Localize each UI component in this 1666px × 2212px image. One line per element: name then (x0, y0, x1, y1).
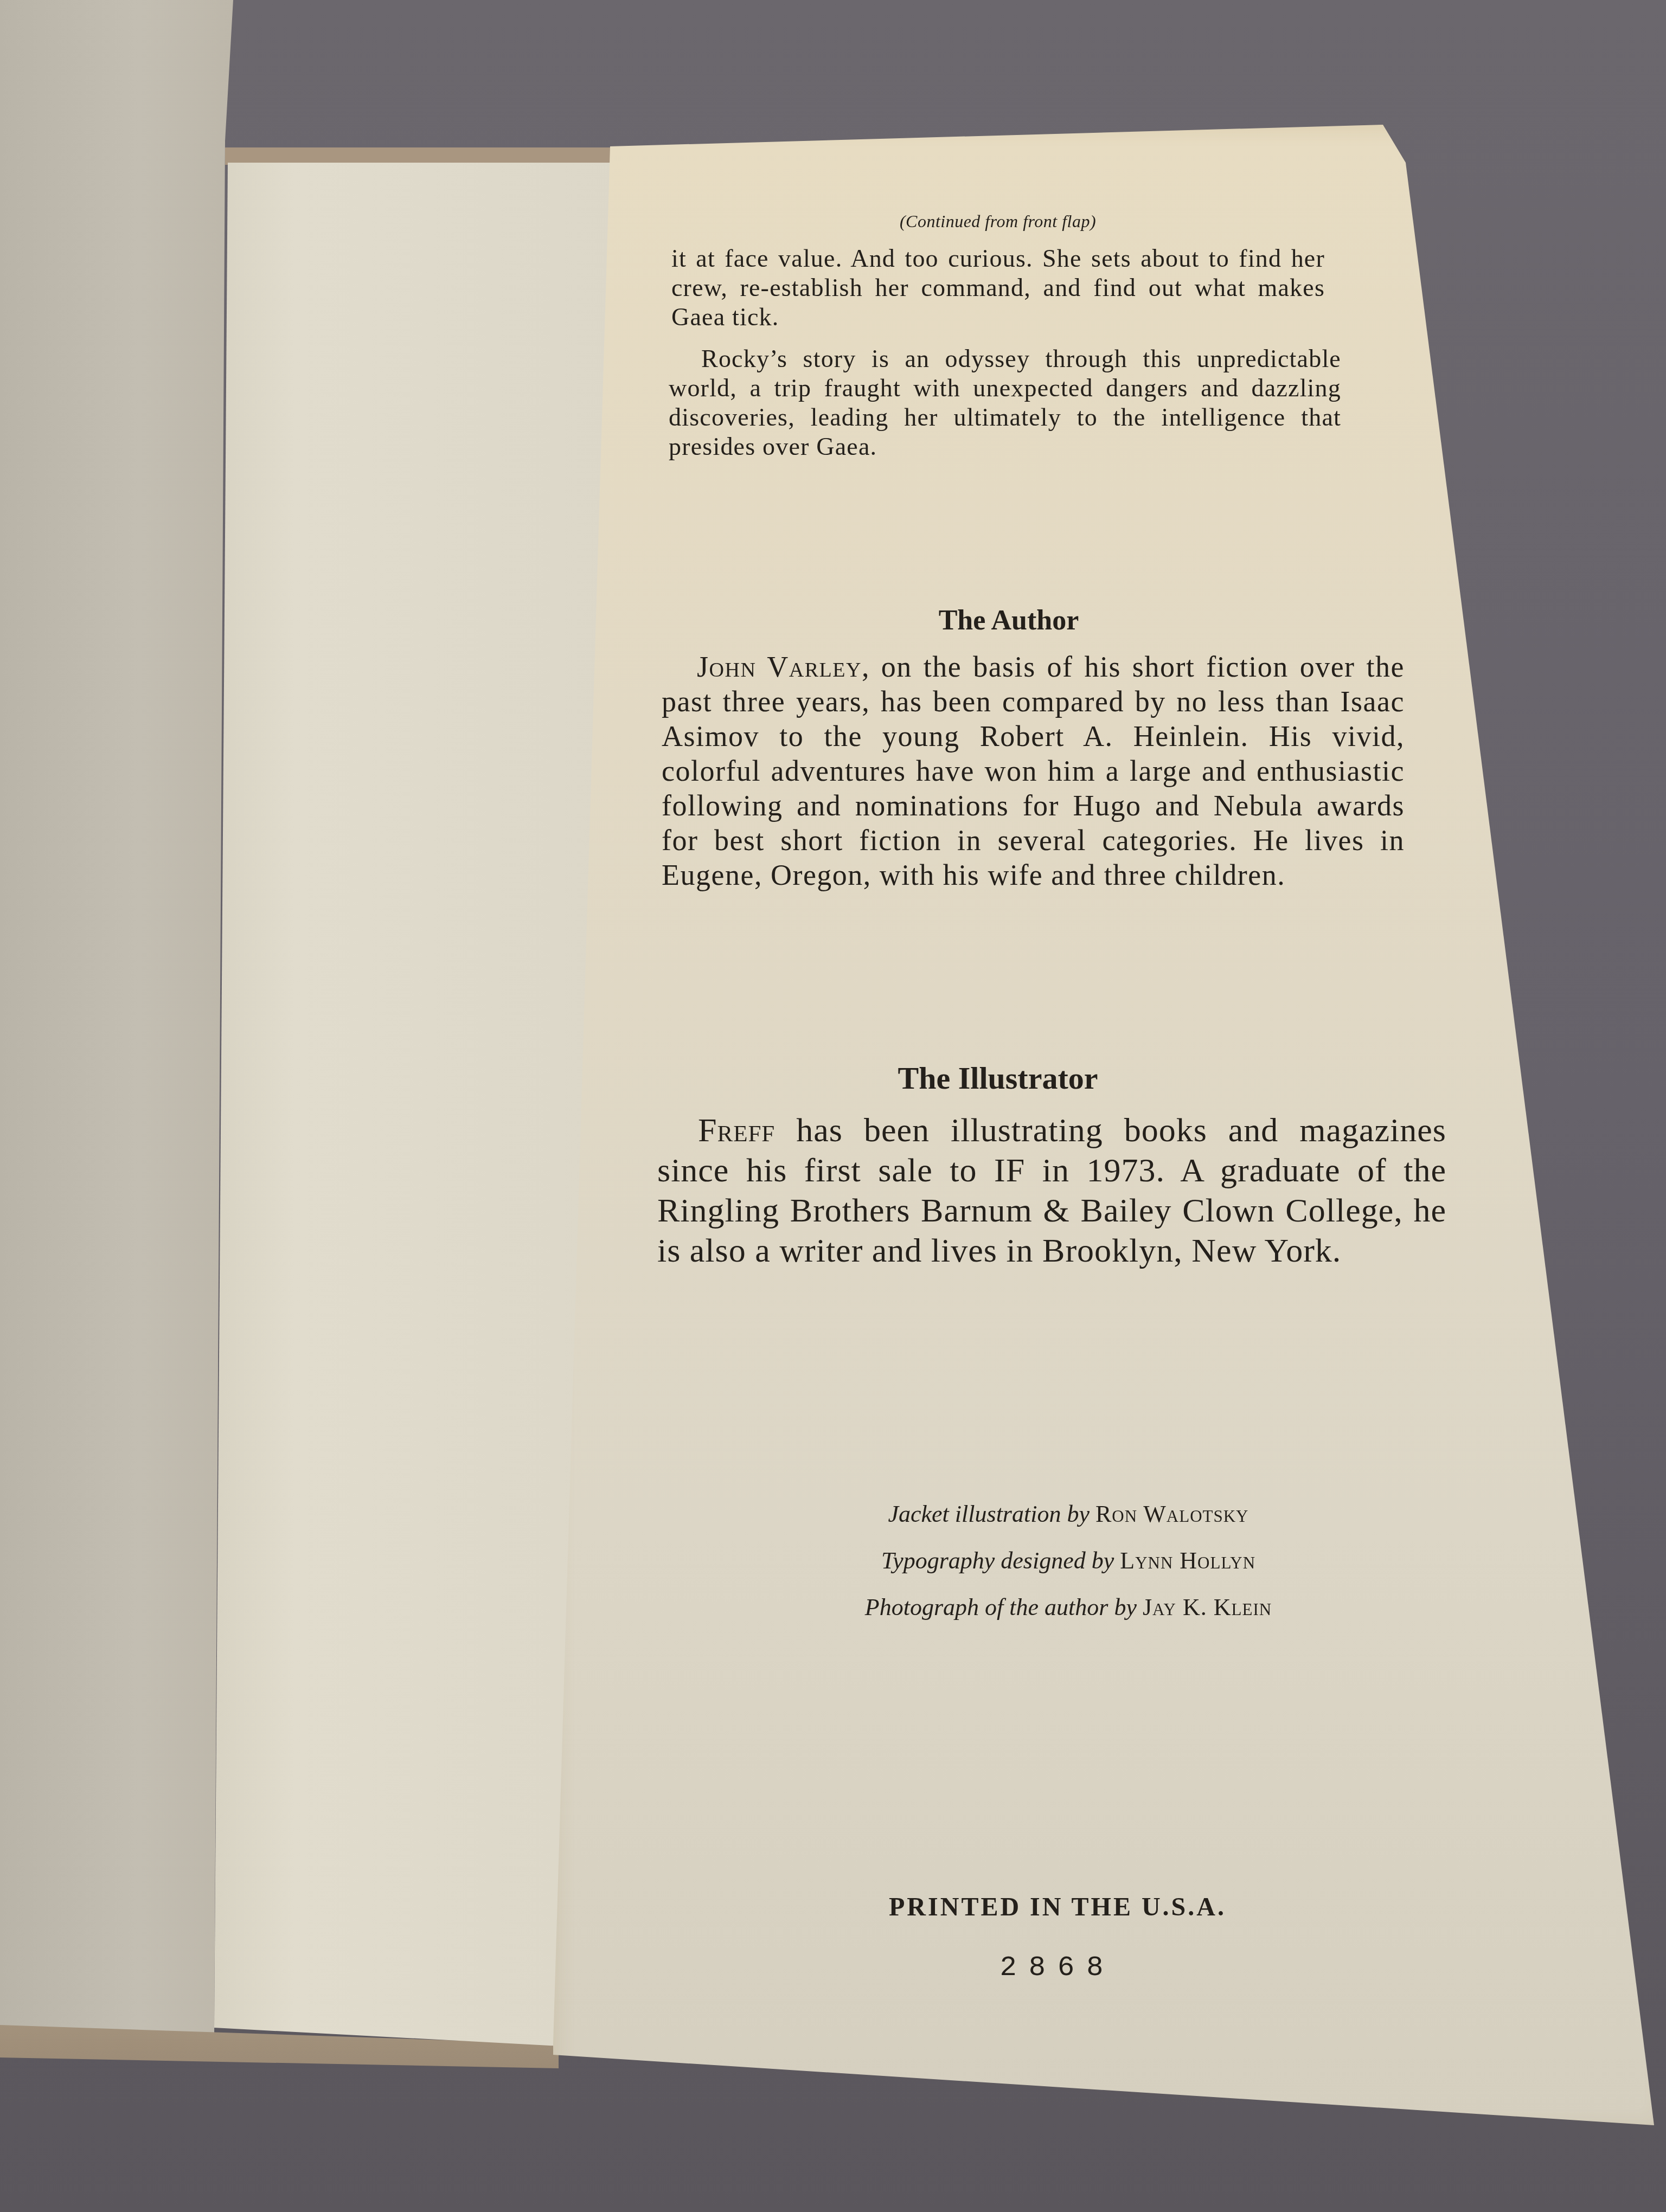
illustrator-heading: The Illustrator (813, 1060, 1182, 1096)
credit-name: Jay K. Klein (1143, 1594, 1272, 1621)
illustrator-bio: Freff has been illustrating books and ma… (657, 1110, 1446, 1271)
credit-name: Ron Walotsky (1095, 1501, 1249, 1527)
author-bio: John Varley, on the basis of his short f… (662, 650, 1405, 892)
print-code: 2868 (944, 1952, 1171, 1984)
credit-line: Jacket illustration by Ron Walotsky (770, 1491, 1367, 1538)
credit-line: Typography designed by Lynn Hollyn (770, 1538, 1367, 1584)
credit-name: Lynn Hollyn (1120, 1547, 1255, 1574)
synopsis-paragraph-1: it at face value. And too curious. She s… (671, 244, 1325, 332)
credit-role: Typography designed by (881, 1547, 1114, 1574)
credit-role: Jacket illustration by (888, 1501, 1090, 1527)
adjacent-page (0, 0, 233, 2212)
credit-role: Photograph of the author by (865, 1594, 1137, 1621)
jacket-flap-content: (Continued from front flap) it at face v… (553, 125, 1666, 2131)
author-name: John Varley (697, 651, 862, 683)
continued-note: (Continued from front flap) (835, 211, 1161, 232)
credits-block: Jacket illustration by Ron Walotsky Typo… (770, 1491, 1367, 1631)
photo-scene: (Continued from front flap) it at face v… (0, 0, 1666, 2212)
printed-in-label: PRINTED IN THE U.S.A. (835, 1892, 1280, 1922)
author-heading: The Author (835, 605, 1182, 636)
illustrator-name: Freff (698, 1112, 775, 1149)
synopsis-paragraph-2: Rocky’s story is an odyssey through this… (669, 344, 1341, 461)
illustrator-bio-text: has been illustrating books and magazine… (657, 1112, 1446, 1269)
credit-line: Photograph of the author by Jay K. Klein (770, 1584, 1367, 1631)
author-bio-text: , on the basis of his short fiction over… (662, 651, 1405, 891)
